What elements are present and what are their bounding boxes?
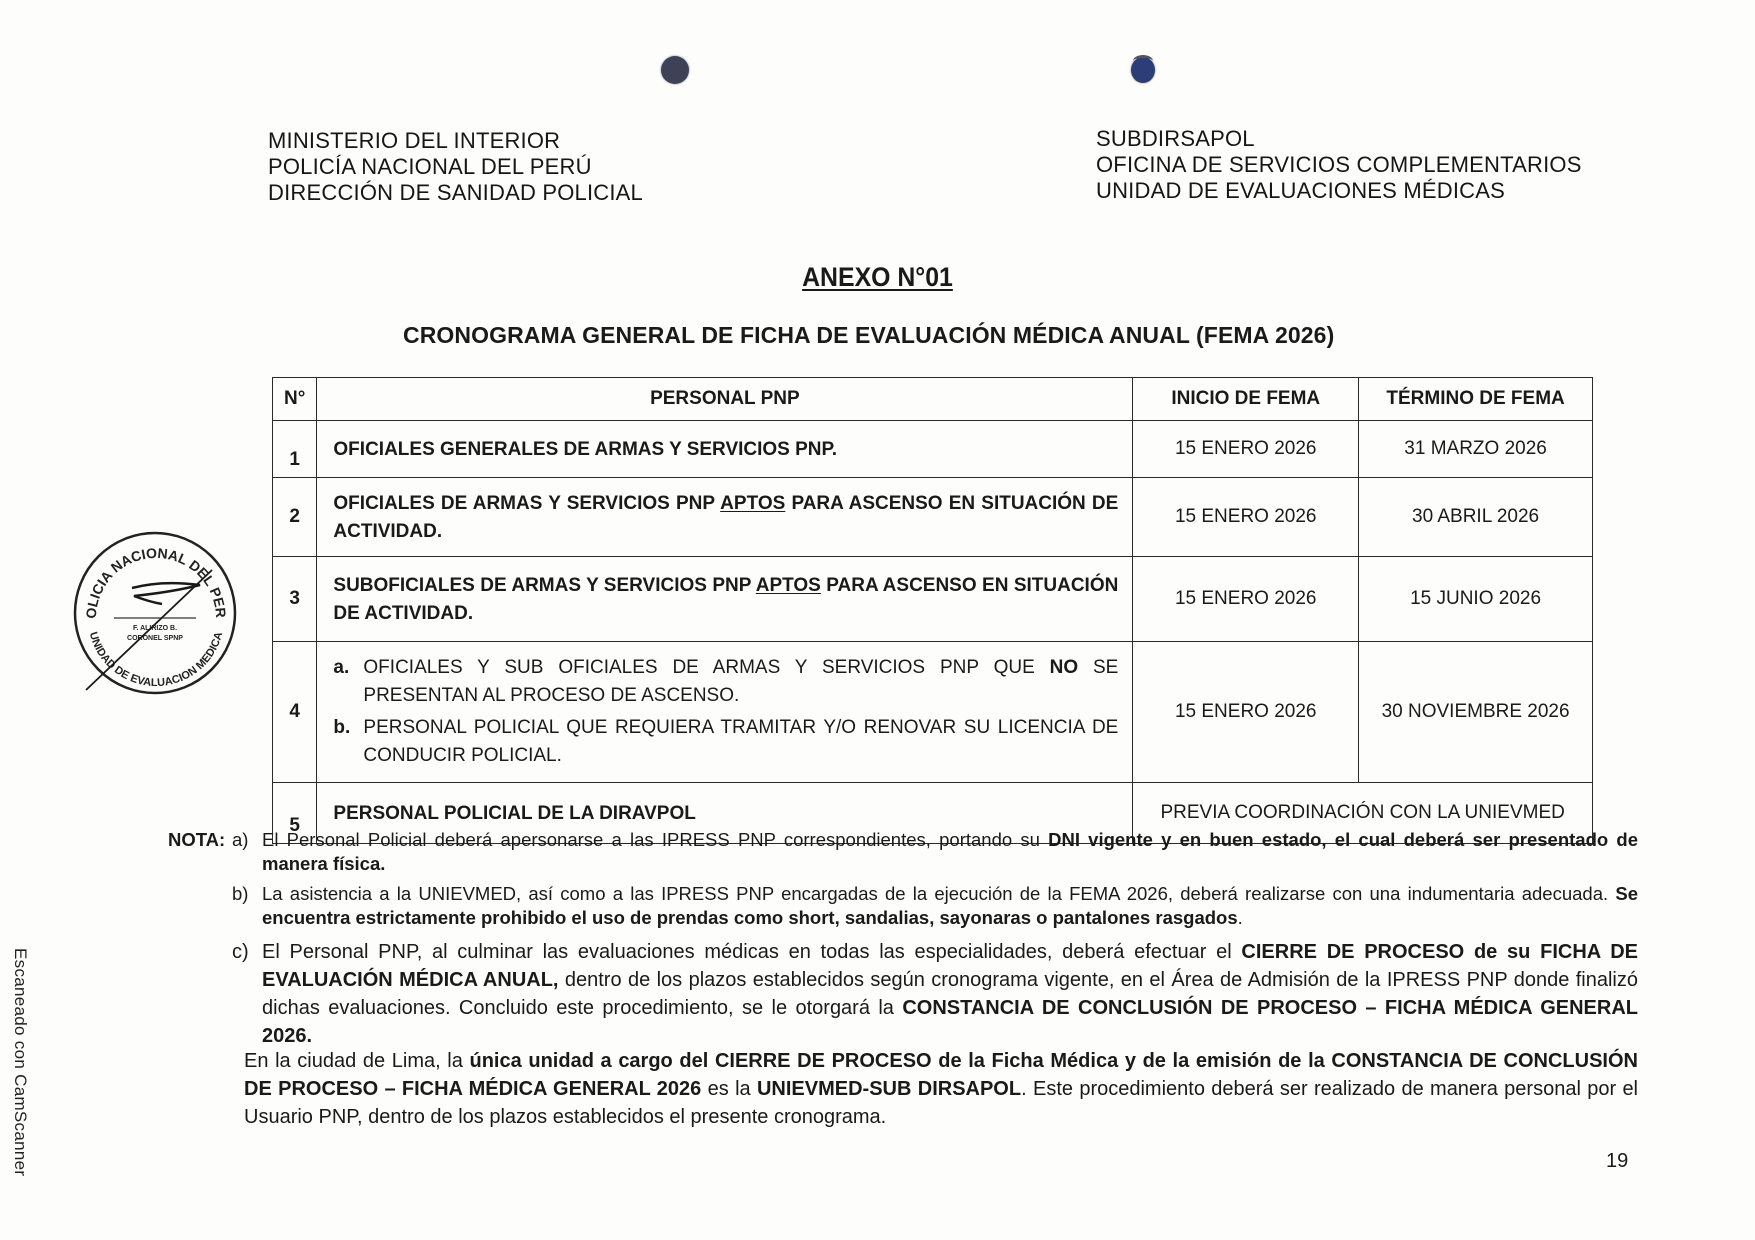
note-heading: NOTA: xyxy=(168,828,232,876)
notes-section: NOTA: a) El Personal Policial deberá ape… xyxy=(168,828,1638,1050)
row-start-date: 15 ENERO 2026 xyxy=(1133,557,1359,642)
svg-text:POLICIA NACIONAL DEL PERU: POLICIA NACIONAL DEL PERU xyxy=(72,530,229,619)
official-seal-stamp: POLICIA NACIONAL DEL PERU UNIDAD DE EVAL… xyxy=(72,530,238,696)
header-office: OFICINA DE SERVICIOS COMPLEMENTARIOS xyxy=(1096,152,1582,178)
header-right: SUBDIRSAPOL OFICINA DE SERVICIOS COMPLEM… xyxy=(1096,126,1582,204)
note-c: c) El Personal PNP, al culminar las eval… xyxy=(232,938,1638,1050)
header-police: POLICÍA NACIONAL DEL PERÚ xyxy=(268,154,643,180)
row-end-date: 30 ABRIL 2026 xyxy=(1359,478,1593,557)
col-header-number: N° xyxy=(273,378,317,421)
header-ministry: MINISTERIO DEL INTERIOR xyxy=(268,128,643,154)
table-row: 2 OFICIALES DE ARMAS Y SERVICIOS PNP APT… xyxy=(273,478,1593,557)
signature-icon xyxy=(132,583,200,604)
page-number: 19 xyxy=(1606,1150,1628,1173)
row-start-date: 15 ENERO 2026 xyxy=(1133,478,1359,557)
stamp-rank: CORONEL SPNP xyxy=(127,635,183,642)
col-header-end: TÉRMINO DE FEMA xyxy=(1359,378,1593,421)
row-personal: SUBOFICIALES DE ARMAS Y SERVICIOS PNP AP… xyxy=(317,557,1133,642)
document-subtitle: CRONOGRAMA GENERAL DE FICHA DE EVALUACIÓ… xyxy=(403,322,1334,349)
header-subdirsapol: SUBDIRSAPOL xyxy=(1096,126,1582,152)
row-personal: a. OFICIALES Y SUB OFICIALES DE ARMAS Y … xyxy=(317,642,1133,783)
header-direction: DIRECCIÓN DE SANIDAD POLICIAL xyxy=(268,180,643,206)
stamp-top-text: POLICIA NACIONAL DEL PERU xyxy=(72,530,229,619)
header-left: MINISTERIO DEL INTERIOR POLICÍA NACIONAL… xyxy=(268,128,643,206)
annex-title: ANEXO N°01 xyxy=(70,262,1685,293)
sub-item-b: b. PERSONAL POLICIAL QUE REQUIERA TRAMIT… xyxy=(333,714,1118,770)
row-personal: OFICIALES DE ARMAS Y SERVICIOS PNP APTOS… xyxy=(317,478,1133,557)
underlined-aptos: APTOS xyxy=(720,493,785,514)
row-number: 3 xyxy=(273,557,317,642)
table-row: 4 a. OFICIALES Y SUB OFICIALES DE ARMAS … xyxy=(273,642,1593,783)
header-unit: UNIDAD DE EVALUACIONES MÉDICAS xyxy=(1096,178,1582,204)
underlined-aptos: APTOS xyxy=(756,575,821,596)
row-start-date: 15 ENERO 2026 xyxy=(1133,421,1359,478)
punch-hole xyxy=(1131,57,1155,83)
row-end-date: 15 JUNIO 2026 xyxy=(1359,557,1593,642)
scanner-watermark: Escaneado con CamScanner xyxy=(10,948,30,1176)
table-row: 3 SUBOFICIALES DE ARMAS Y SERVICIOS PNP … xyxy=(273,557,1593,642)
row-number: 4 xyxy=(273,642,317,783)
note-a: NOTA: a) El Personal Policial deberá ape… xyxy=(168,828,1638,876)
final-paragraph: En la ciudad de Lima, la única unidad a … xyxy=(244,1047,1638,1131)
row-start-date: 15 ENERO 2026 xyxy=(1133,642,1359,783)
col-header-personal: PERSONAL PNP xyxy=(317,378,1133,421)
stamp-name: F. ALIRIZO B. xyxy=(133,625,177,632)
punch-hole xyxy=(661,56,689,84)
table-row: 1 OFICIALES GENERALES DE ARMAS Y SERVICI… xyxy=(273,421,1593,478)
sub-item-a: a. OFICIALES Y SUB OFICIALES DE ARMAS Y … xyxy=(333,654,1118,710)
row-number: 2 xyxy=(273,478,317,557)
row-number: 1 xyxy=(273,421,317,478)
row-end-date: 31 MARZO 2026 xyxy=(1359,421,1593,478)
row-personal: OFICIALES GENERALES DE ARMAS Y SERVICIOS… xyxy=(317,421,1133,478)
note-b: b) La asistencia a la UNIEVMED, así como… xyxy=(232,882,1638,930)
table-header-row: N° PERSONAL PNP INICIO DE FEMA TÉRMINO D… xyxy=(273,378,1593,421)
col-header-start: INICIO DE FEMA xyxy=(1133,378,1359,421)
schedule-table: N° PERSONAL PNP INICIO DE FEMA TÉRMINO D… xyxy=(272,377,1593,844)
row-end-date: 30 NOVIEMBRE 2026 xyxy=(1359,642,1593,783)
